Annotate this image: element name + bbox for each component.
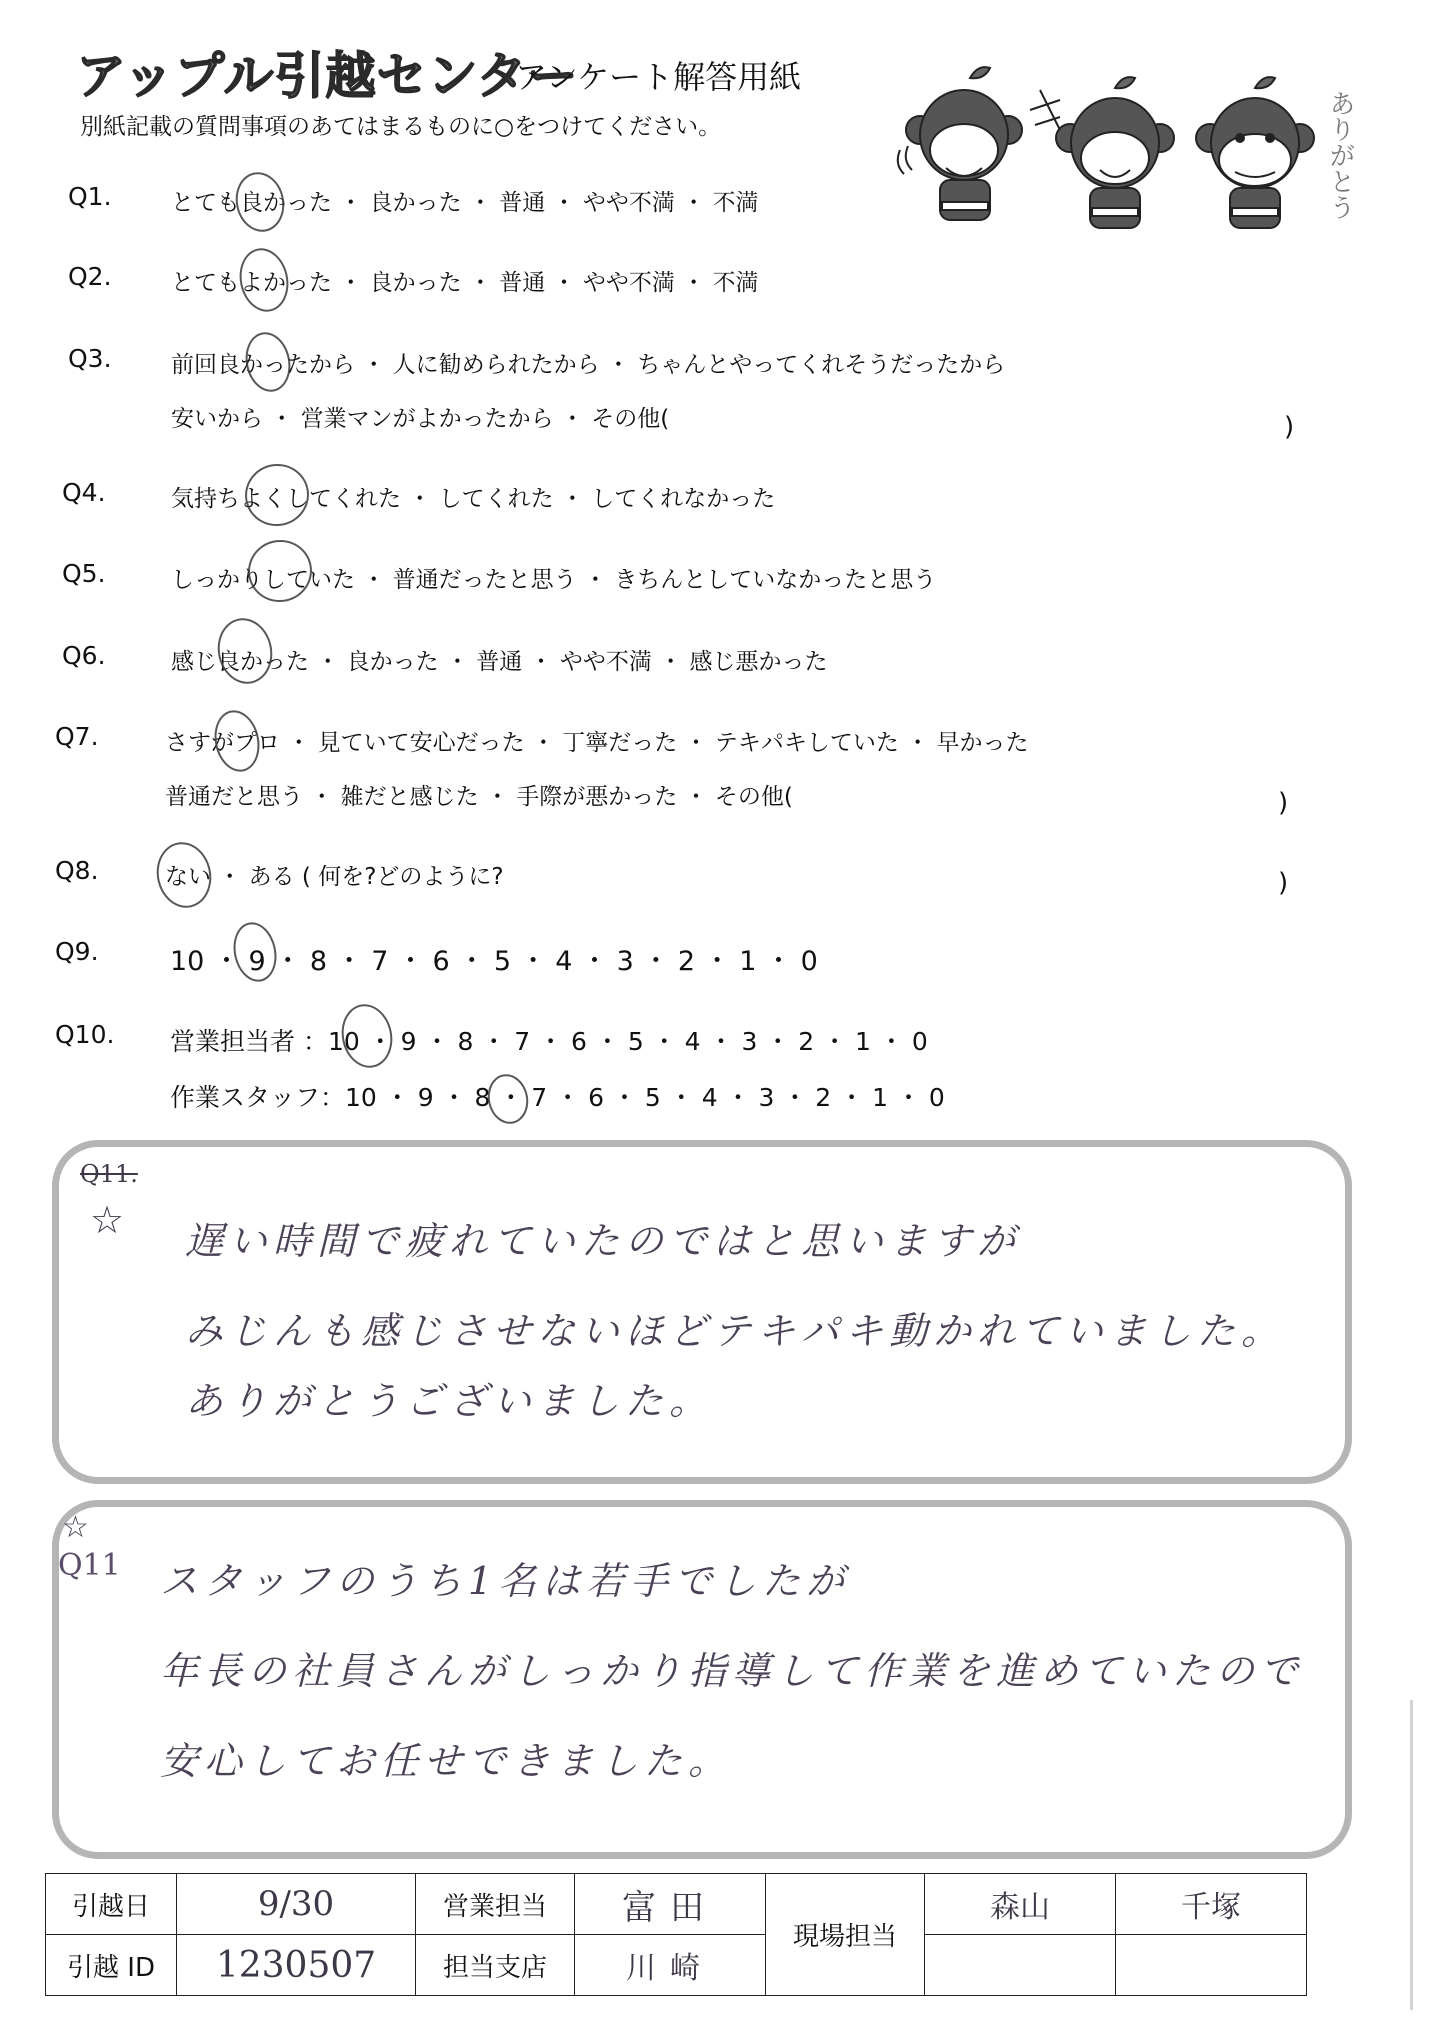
q6-label: Q6. xyxy=(62,641,106,670)
q7-label: Q7. xyxy=(55,722,99,751)
q6-selection-circle xyxy=(212,613,279,689)
site-rep-1[interactable]: 森山 xyxy=(925,1874,1116,1935)
brand-title: アップル引越センター xyxy=(76,36,579,108)
move-date-label: 引越日 xyxy=(46,1874,177,1935)
q7-options-line2[interactable]: 普通だと思う ・ 雑だと感じた ・ 手際が悪かった ・ その他( xyxy=(165,778,793,811)
q2-label: Q2. xyxy=(68,262,112,291)
branch-value[interactable]: 川崎 xyxy=(575,1935,766,1996)
comment-1-line-2: みじんも感じさせないほどテキパキ動かれていました。 xyxy=(185,1300,1285,1355)
q5-label: Q5. xyxy=(62,559,106,588)
site-rep-4[interactable] xyxy=(1116,1935,1307,1996)
q3-selection-circle xyxy=(240,328,296,396)
move-info-table: 引越日 9/30 営業担当 富田 現場担当 森山 千塚 引越 ID 123050… xyxy=(45,1873,1307,1996)
sales-rep-label: 営業担当 xyxy=(416,1874,575,1935)
q3-options-line1[interactable]: 前回良かったから ・ 人に勧められたから ・ ちゃんとやってくれそうだったから xyxy=(171,346,1005,379)
comment-1-line-1: 遅い時間で疲れていたのではと思いますが xyxy=(185,1210,1021,1265)
q10-sales-options[interactable]: 営業担当者 ：10 ・ 9 ・ 8 ・ 7 ・ 6 ・ 5 ・ 4 ・ 3 ・ … xyxy=(170,1022,928,1058)
q10-label: Q10. xyxy=(55,1020,114,1049)
site-rep-2-text: 千塚 xyxy=(1181,1890,1241,1925)
mascot-caption: ありがとう xyxy=(1325,90,1355,220)
q2-selection-circle xyxy=(234,244,294,317)
comment-2-line-2: 年長の社員さんがしっかり指導して作業を進めていたので xyxy=(160,1640,1304,1695)
q9-label: Q9. xyxy=(55,937,99,966)
move-id-text: 1230507 xyxy=(216,1945,376,1986)
form-subtitle: アンケート解答用紙 xyxy=(515,52,801,98)
move-date-value[interactable]: 9/30 xyxy=(177,1874,416,1935)
branch-text: 川崎 xyxy=(626,1951,714,1986)
branch-label: 担当支店 xyxy=(416,1935,575,1996)
move-id-value[interactable]: 1230507 xyxy=(177,1935,416,1996)
q10-sales-selection-circle xyxy=(336,1000,398,1073)
move-id-label: 引越 ID xyxy=(46,1935,177,1996)
q8-close-paren: ) xyxy=(1278,868,1288,898)
instruction-text: 別紙記載の質問事項のあてはまるものに○をつけてください。 xyxy=(80,108,721,141)
monkey-mascots-illustration: ありがとう xyxy=(890,50,1360,250)
q1-selection-circle xyxy=(230,168,289,237)
monkey-mascot-icon xyxy=(898,67,1314,228)
comment-1-label: Q11. xyxy=(80,1160,138,1188)
comment-1-line-3: ありがとうございました。 xyxy=(185,1370,713,1425)
q7-selection-circle xyxy=(209,706,265,776)
q8-options[interactable]: ない ・ ある ( 何を?どのように? xyxy=(165,858,504,891)
comment-2-line-3: 安心してお任せできました。 xyxy=(160,1730,732,1785)
q8-selection-circle xyxy=(151,837,218,913)
scan-artifact-line xyxy=(1410,1700,1413,2010)
q5-selection-circle xyxy=(242,534,317,608)
q1-label: Q1. xyxy=(68,182,112,211)
site-rep-2[interactable]: 千塚 xyxy=(1116,1874,1307,1935)
q3-close-paren: ) xyxy=(1284,412,1294,442)
site-rep-3[interactable] xyxy=(925,1935,1116,1996)
sales-rep-value[interactable]: 富田 xyxy=(575,1874,766,1935)
star-icon: ☆ xyxy=(90,1198,124,1242)
q10-staff-options[interactable]: 作業スタッフ：10 ・ 9 ・ 8 ・ 7 ・ 6 ・ 5 ・ 4 ・ 3 ・ … xyxy=(170,1078,945,1114)
move-date-text: 9/30 xyxy=(258,1884,334,1924)
q4-label: Q4. xyxy=(62,478,106,507)
site-rep-1-text: 森山 xyxy=(990,1890,1050,1925)
q7-options-line1[interactable]: さすがプロ ・ 見ていて安心だった ・ 丁寧だった ・ テキパキしていた ・ 早… xyxy=(165,724,1029,757)
comment-2-line-1: スタッフのうち1名は若手でしたが xyxy=(160,1550,850,1605)
q8-label: Q8. xyxy=(55,856,99,885)
q4-selection-circle xyxy=(239,458,314,532)
q7-close-paren: ) xyxy=(1278,788,1288,818)
comment-2-label: Q11 xyxy=(58,1548,121,1583)
sales-rep-text: 富田 xyxy=(622,1888,718,1928)
q3-options-line2[interactable]: 安いから ・ 営業マンがよかったから ・ その他( xyxy=(171,400,669,433)
star-icon: ☆ xyxy=(62,1510,89,1545)
site-rep-label: 現場担当 xyxy=(766,1874,925,1996)
q3-label: Q3. xyxy=(68,344,112,373)
